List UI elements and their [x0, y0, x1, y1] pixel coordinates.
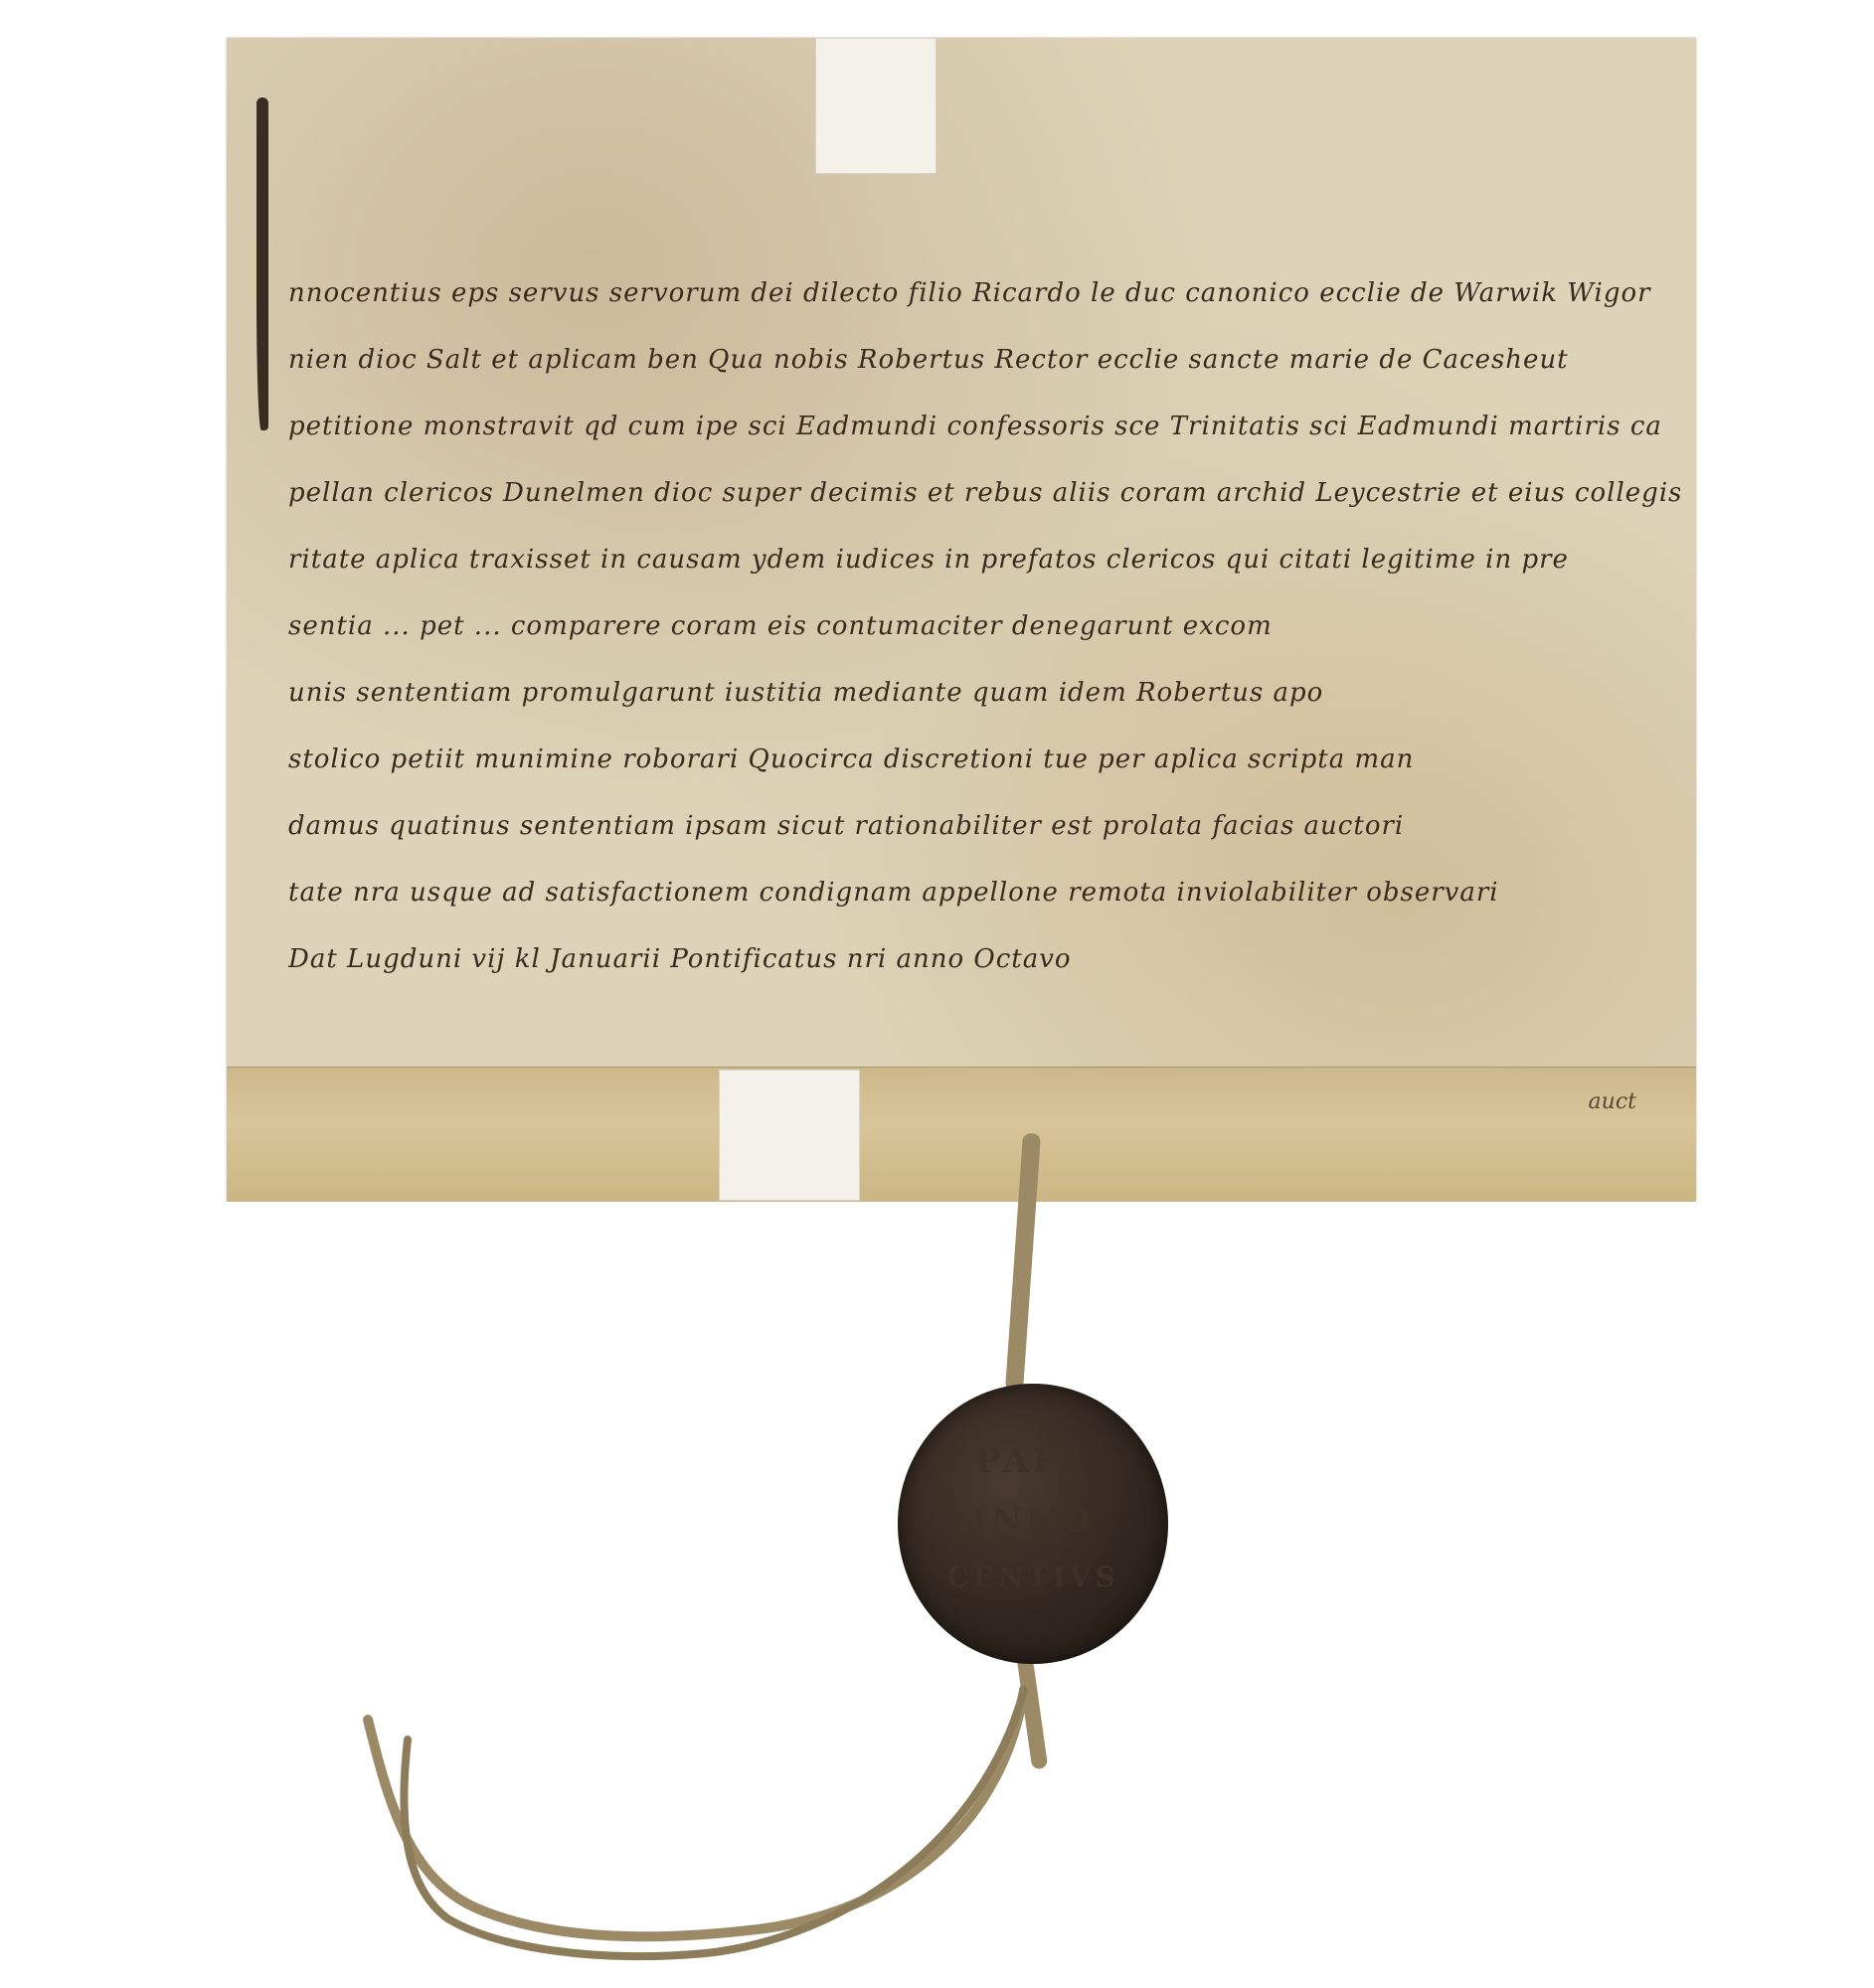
text-line: Dat Lugduni vij kl Januarii Pontificatus… [288, 926, 1680, 993]
text-line: sentia ... pet ... comparere coram eis c… [288, 593, 1680, 660]
fold-annotation: auct [1589, 1089, 1636, 1114]
decorated-initial-I [256, 97, 268, 430]
text-line: ritate aplica traxisset in causam ydem i… [288, 527, 1680, 593]
bottom-repair-patch [719, 1070, 860, 1201]
seal-inscription-line: PAPA [898, 1441, 1168, 1481]
seal-cord-loose-ends [348, 1680, 1064, 1978]
lead-seal-bulla: PAPA INNO CENTIVS [898, 1384, 1168, 1664]
text-line: nnocentius eps servus servorum dei dilec… [288, 260, 1680, 327]
text-line: petitione monstravit qd cum ipe sci Eadm… [288, 394, 1680, 460]
text-line: damus quatinus sententiam ipsam sicut ra… [288, 793, 1680, 860]
plica-fold: auct [227, 1067, 1696, 1202]
top-repair-patch [815, 38, 937, 174]
text-line: unis sententiam promulgarunt iustitia me… [288, 660, 1680, 727]
text-line: nien dioc Salt et aplicam ben Qua nobis … [288, 327, 1680, 394]
seal-inscription-line: INNO [898, 1501, 1168, 1541]
text-line: tate nra usque ad satisfactionem condign… [288, 860, 1680, 926]
document-text: nnocentius eps servus servorum dei dilec… [288, 260, 1680, 993]
seal-inscription-line: CENTIVS [898, 1561, 1168, 1593]
text-line: stolico petiit munimine roborari Quocirc… [288, 727, 1680, 793]
text-line: pellan clericos Dunelmen dioc super deci… [288, 460, 1680, 527]
